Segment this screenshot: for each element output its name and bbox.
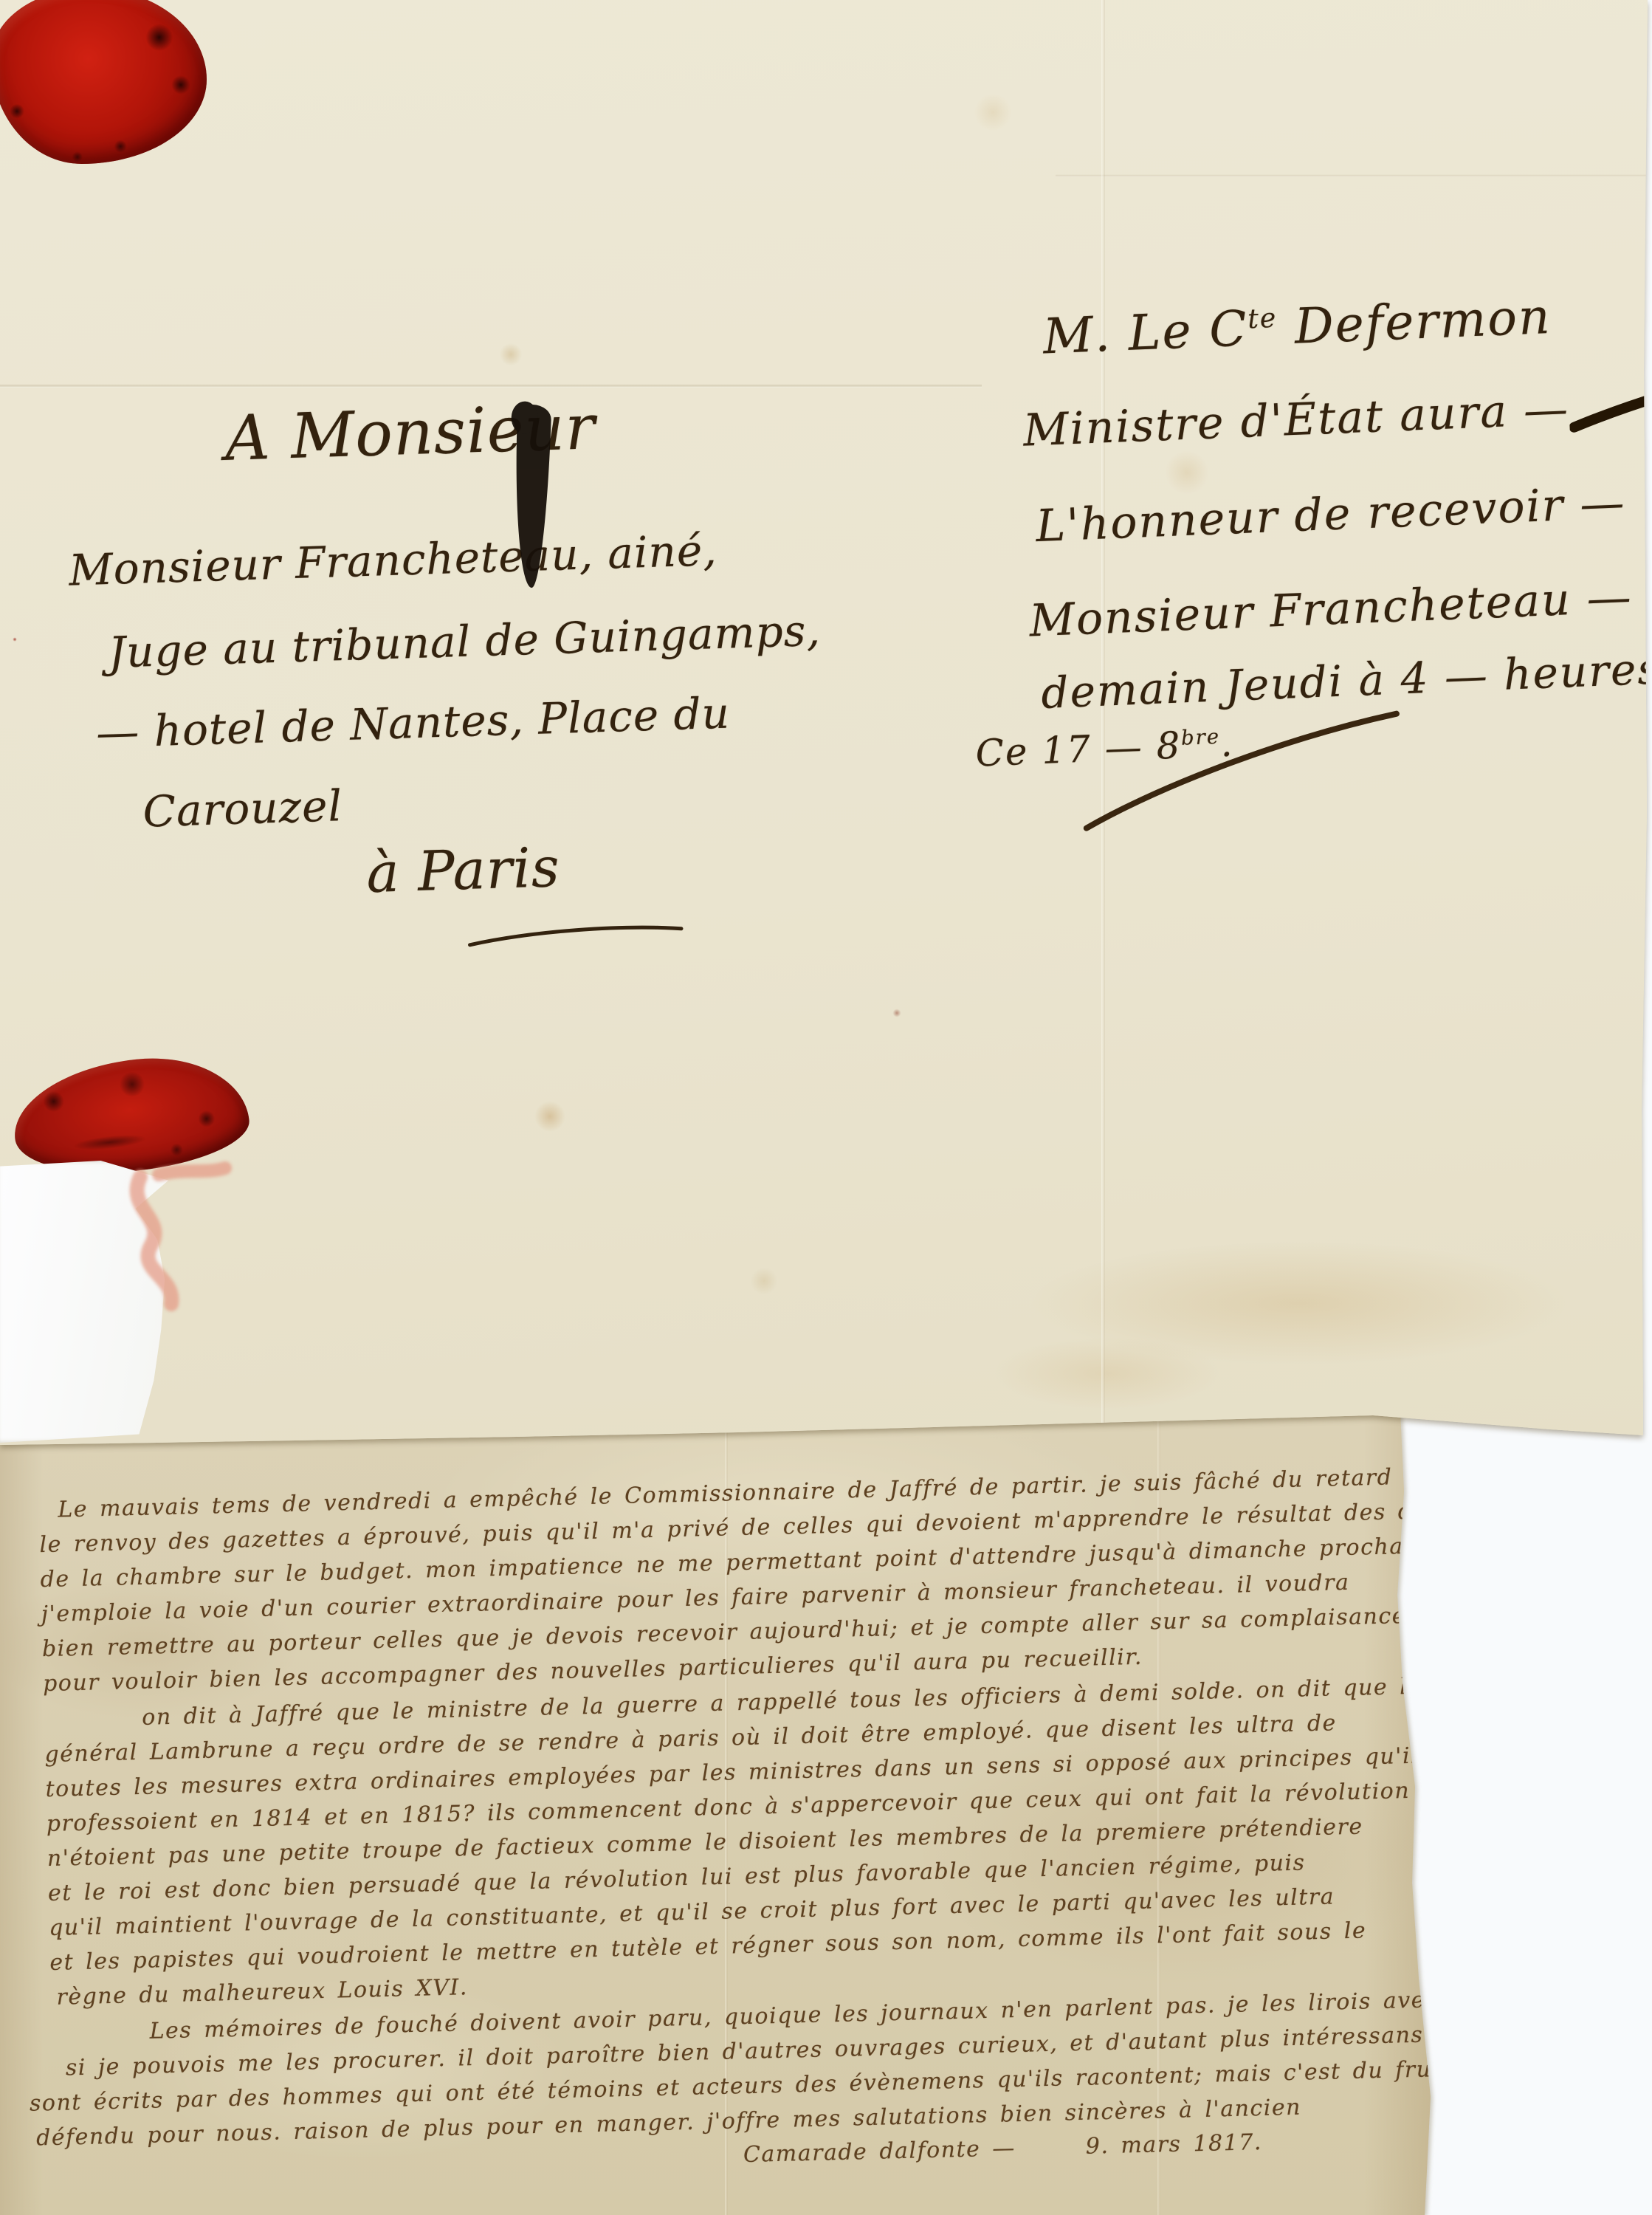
pen-flourish <box>1569 388 1652 436</box>
letter-line: règne du malheureux Louis XVI. <box>56 1974 468 2010</box>
bottom-letter-sheet: Le mauvais tems de vendredi a empêché le… <box>0 1403 1436 2215</box>
note-line: Monsieur Francheteau — <box>1028 571 1634 648</box>
address-leaf-sheet: A Monsieur Monsieur Francheteau, ainé, J… <box>0 0 1648 1446</box>
letter-date: 9. mars 1817. <box>1085 2129 1262 2160</box>
top-sheet-shadow: A Monsieur Monsieur Francheteau, ainé, J… <box>0 0 1652 1447</box>
note-line: L'honneur de recevoir — <box>1035 477 1627 552</box>
letter-signature-line: Camarade dalfonte —9. mars 1817. <box>743 2129 1263 2168</box>
signature: Camarade dalfonte — <box>743 2135 1016 2168</box>
letter-body: Le mauvais tems de vendredi a empêché le… <box>0 1369 1453 2215</box>
note-line: M. Le Cte Defermon <box>1042 288 1552 365</box>
note-block: M. Le Cte Defermon Ministre d'État aura … <box>0 0 1652 1486</box>
bottom-sheet-shadow: Le mauvais tems de vendredi a empêché le… <box>0 1403 1447 2215</box>
date-underline-flourish <box>1073 703 1410 842</box>
scanned-letter-page: { "address_panel": { "line1": "A Monsieu… <box>0 0 1652 2215</box>
note-line: Ministre d'État aura — <box>1022 383 1571 457</box>
